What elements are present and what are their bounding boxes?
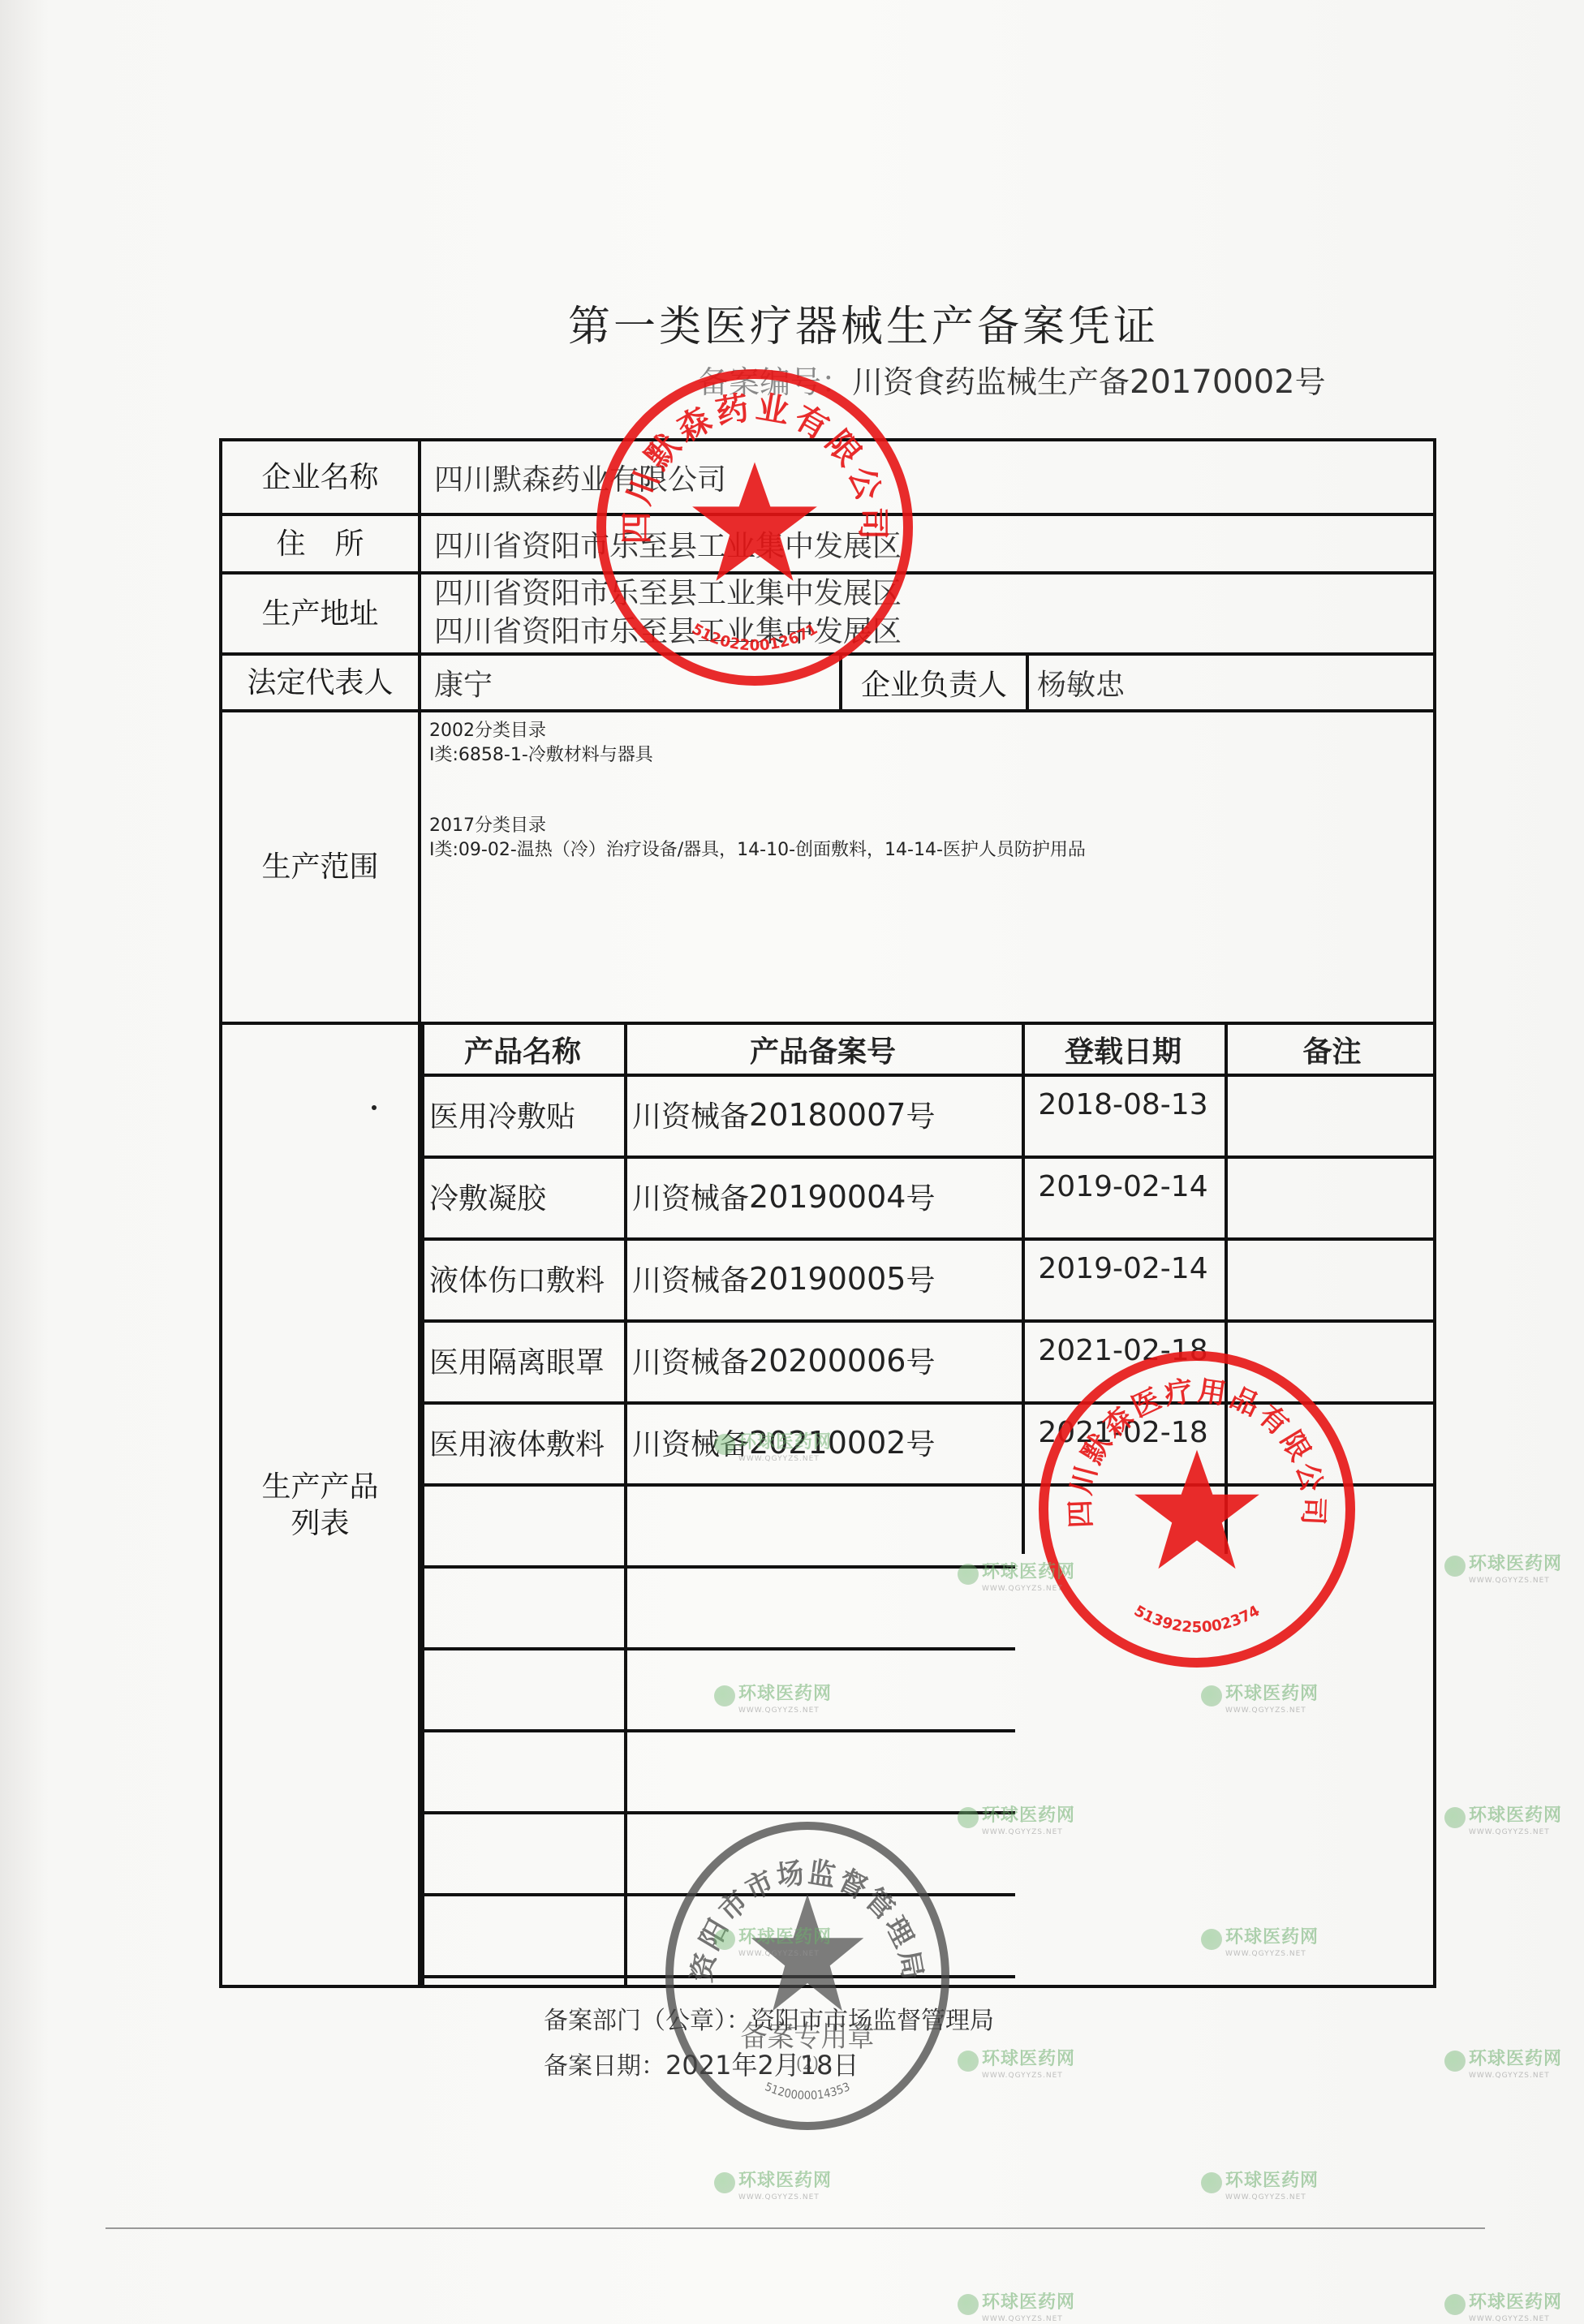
- product-table-header-cell: 备注: [1225, 1025, 1440, 1074]
- product-table-header-cell: 登载日期: [1022, 1025, 1225, 1074]
- filing-department-label: 备案部门（公章）：: [544, 2007, 751, 2035]
- scope-line: I类:6858-1-冷敷材料与器具: [429, 743, 1433, 768]
- svg-text:5120000014353: 5120000014353: [763, 2080, 851, 2102]
- row-production-address: 生产地址 四川省资阳市乐至县工业集中发展区 四川省资阳市乐至县工业集中发展区: [222, 575, 1433, 656]
- row-residence: 住 所 四川省资阳市乐至县工业集中发展区: [222, 516, 1433, 575]
- globe-icon: [1201, 2172, 1222, 2193]
- watermark: 环球医药网WWW.QGYYZS.NET: [1444, 1801, 1562, 1836]
- globe-icon: [1444, 1556, 1466, 1577]
- product-table-header: 产品名称产品备案号登载日期备注: [421, 1025, 1433, 1077]
- registration-table: 企业名称 四川默森药业有限公司 住 所 四川省资阳市乐至县工业集中发展区 生产地…: [219, 438, 1436, 1988]
- scope-block-2017: 2017分类目录 I类:09-02-温热（冷）治疗设备/器具，14-10-创面敷…: [429, 814, 1433, 862]
- scope-line: I类:09-02-温热（冷）治疗设备/器具，14-10-创面敷料，14-14-医…: [429, 838, 1433, 863]
- record-prefix: 川资食药监械生产备: [852, 364, 1130, 400]
- empty-table-row: [421, 1483, 1015, 1569]
- filing-date: 备案日期：2021年2月18日: [544, 2045, 859, 2082]
- row-company-name: 企业名称 四川默森药业有限公司: [222, 441, 1433, 516]
- filing-department-value: 资阳市市场监督管理局: [751, 2007, 994, 2035]
- product-record-number: 川资械备20210002号: [632, 1401, 935, 1483]
- empty-table-row: [421, 1811, 1015, 1896]
- row-production-scope: 生产范围 2002分类目录 I类:6858-1-冷敷材料与器具 2017分类目录…: [222, 712, 1433, 1025]
- watermark: 环球医药网WWW.QGYYZS.NET: [714, 2167, 832, 2201]
- product-list-label: 生产产品列表: [222, 1025, 421, 1985]
- table-row: 液体伤口敷料川资械备20190005号2019-02-14: [421, 1237, 1433, 1323]
- product-record-number: 川资械备20200006号: [632, 1319, 935, 1401]
- product-record-number: 川资械备20190004号: [632, 1156, 935, 1237]
- scope-heading: 2002分类目录: [429, 719, 1433, 743]
- residence-value: 四川省资阳市乐至县工业集中发展区: [429, 516, 1433, 571]
- empty-table-row: [421, 1893, 1015, 1978]
- record-suffix: 号: [1295, 364, 1326, 400]
- product-table-header-cell: 产品备案号: [624, 1025, 1022, 1074]
- company-name-label: 企业名称: [222, 441, 421, 513]
- document-page: 第一类医疗器械生产备案凭证 备案编号：川资食药监械生产备20170002号 企业…: [0, 0, 1584, 2324]
- company-head-label: 企业负责人: [839, 656, 1026, 709]
- production-address-line: 四川省资阳市乐至县工业集中发展区: [434, 613, 902, 652]
- production-scope-value: 2002分类目录 I类:6858-1-冷敷材料与器具 2017分类目录 I类:0…: [429, 719, 1433, 910]
- globe-icon: [1444, 2051, 1466, 2072]
- scope-heading: 2017分类目录: [429, 814, 1433, 838]
- product-record-number: 川资械备20180007号: [632, 1074, 935, 1156]
- table-row: 医用隔离眼罩川资械备20200006号2021-02-18: [421, 1319, 1433, 1405]
- legal-rep-value: 康宁: [429, 656, 784, 709]
- production-address-line: 四川省资阳市乐至县工业集中发展区: [434, 575, 902, 613]
- row-product-list: 生产产品列表 产品名称产品备案号登载日期备注医用冷敷贴川资械备20180007号…: [222, 1025, 1433, 1985]
- document-title: 第一类医疗器械生产备案凭证: [568, 292, 1159, 353]
- globe-icon: [1444, 2294, 1466, 2315]
- stray-mark: [372, 1105, 377, 1110]
- product-list-label-text: 生产产品列表: [260, 1469, 381, 1542]
- product-listing-date: 2021-02-18: [1022, 1401, 1225, 1483]
- globe-icon: [1444, 1807, 1466, 1828]
- watermark: 环球医药网WWW.QGYYZS.NET: [958, 2288, 1075, 2323]
- production-address-value: 四川省资阳市乐至县工业集中发展区 四川省资阳市乐至县工业集中发展区: [429, 575, 1433, 652]
- filing-department: 备案部门（公章）：资阳市市场监督管理局: [544, 2000, 994, 2036]
- product-listing-date: 2021-02-18: [1022, 1319, 1225, 1401]
- record-number: 备案编号：川资食药监械生产备20170002号: [698, 357, 1326, 402]
- company-name-value: 四川默森药业有限公司: [429, 441, 1433, 513]
- product-record-number: 川资械备20190005号: [632, 1237, 935, 1319]
- bottom-rule: [105, 2227, 1485, 2229]
- product-name: 医用液体敷料: [429, 1401, 605, 1483]
- watermark: 环球医药网WWW.QGYYZS.NET: [1444, 2045, 1562, 2080]
- product-listing-date: 2018-08-13: [1022, 1074, 1225, 1156]
- production-address-label: 生产地址: [222, 575, 421, 652]
- record-number-value: 20170002: [1130, 364, 1295, 401]
- globe-icon: [958, 2294, 979, 2315]
- table-row: 冷敷凝胶川资械备20190004号2019-02-14: [421, 1156, 1433, 1241]
- empty-table-row: [421, 1729, 1015, 1814]
- scope-block-2002: 2002分类目录 I类:6858-1-冷敷材料与器具: [429, 719, 1433, 767]
- product-name: 医用冷敷贴: [429, 1074, 575, 1156]
- product-listing-date: 2019-02-14: [1022, 1237, 1225, 1319]
- record-label: 备案编号：: [698, 364, 852, 400]
- empty-table-row: [421, 1647, 1015, 1732]
- product-name: 液体伤口敷料: [429, 1237, 605, 1319]
- product-table-header-cell: 产品名称: [421, 1025, 624, 1074]
- residence-label: 住 所: [222, 516, 421, 571]
- row-legal-rep: 法定代表人 康宁 企业负责人 杨敏忠: [222, 656, 1433, 712]
- watermark: 环球医药网WWW.QGYYZS.NET: [1201, 2167, 1319, 2201]
- table-row: 医用液体敷料川资械备20210002号2021-02-18: [421, 1401, 1433, 1487]
- watermark: 环球医药网WWW.QGYYZS.NET: [1444, 2288, 1562, 2323]
- production-scope-label: 生产范围: [222, 712, 421, 1022]
- company-head-value: 杨敏忠: [1026, 656, 1433, 709]
- globe-icon: [958, 2051, 979, 2072]
- filing-date-label: 备案日期：: [544, 2052, 665, 2081]
- watermark: 环球医药网WWW.QGYYZS.NET: [958, 2045, 1075, 2080]
- empty-table-row: [421, 1565, 1015, 1650]
- product-listing-date: 2019-02-14: [1022, 1156, 1225, 1237]
- product-name: 医用隔离眼罩: [429, 1319, 605, 1401]
- product-name: 冷敷凝胶: [429, 1156, 546, 1237]
- table-row: 医用冷敷贴川资械备20180007号2018-08-13: [421, 1074, 1433, 1159]
- product-table: 产品名称产品备案号登载日期备注医用冷敷贴川资械备20180007号2018-08…: [421, 1025, 1433, 1985]
- filing-date-value: 2021年2月18日: [665, 2050, 859, 2081]
- legal-rep-label: 法定代表人: [222, 656, 421, 709]
- watermark: 环球医药网WWW.QGYYZS.NET: [1444, 1550, 1562, 1585]
- globe-icon: [714, 2172, 735, 2193]
